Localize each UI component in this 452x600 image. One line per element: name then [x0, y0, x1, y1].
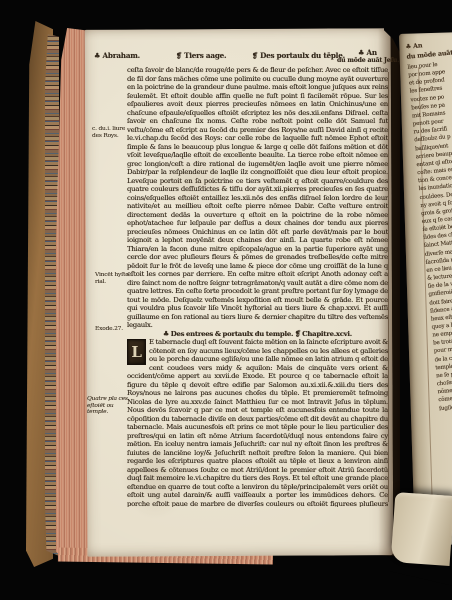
running-header-year-2: du mōde auāt Jeſu.: [337, 57, 399, 64]
facing-page-bottom-curl: [391, 492, 452, 566]
margin-note-vincent: Vincēt hyſto rial.: [95, 272, 129, 285]
running-header-name: ♣ Abraham.: [94, 51, 140, 60]
decorated-initial: L: [127, 339, 146, 365]
paragraph-vestments: ceſta ſavoir de blanc/de rouge/de pers &…: [127, 66, 388, 329]
margin-note-kings: c. du.i. liure des Roys.: [92, 126, 129, 139]
running-header-age: ❡ Tiers aage.: [176, 51, 226, 60]
paragraph-temple: E tabernacle duql eſt ſouvent faicte mēt…: [127, 338, 388, 507]
margin-note-four-places: Quatre pla ces eſtoiēt ou temple.: [87, 396, 129, 416]
chapter-heading: ♣ Des entrees & portaulx du temple. ❡ Ch…: [127, 330, 388, 339]
gutter-rule-line: [388, 72, 389, 502]
facing-page: ♣ An du mōde auāt Jeſucriſt lieu pour le…: [399, 32, 452, 545]
running-header-year-1: ♣ An: [358, 48, 377, 57]
facing-text-column: ♣ An du mōde auāt Jeſucriſt lieu pour le…: [405, 36, 452, 413]
running-header-subject: ❡ Des portaulx du tēple.: [252, 51, 345, 60]
main-text-block: ceſta ſavoir de blanc/de rouge/de pers &…: [127, 66, 388, 507]
book-photo: ♣ Abraham. ❡ Tiers aage. ❡ Des portaulx …: [0, 0, 452, 600]
facing-text-fragments: lieu pour lepor nom appeet de profondles…: [407, 56, 452, 413]
